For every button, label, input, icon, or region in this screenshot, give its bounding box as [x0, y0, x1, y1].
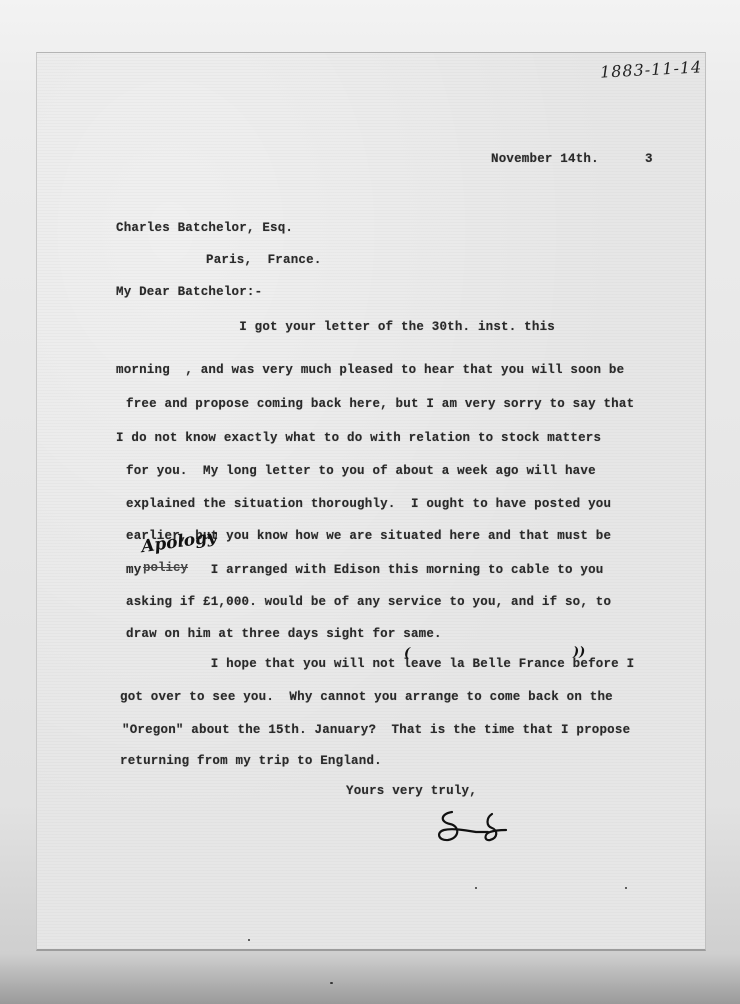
body-line: free and propose coming back here, but I…	[126, 397, 634, 411]
recipient-name: Charles Batchelor, Esq.	[116, 221, 293, 235]
scan-speck	[248, 939, 250, 941]
scan-speck	[625, 887, 627, 889]
scan-speck	[330, 982, 333, 984]
recipient-location: Paris, France.	[206, 253, 322, 267]
body-line: I got your letter of the 30th. inst. thi…	[116, 320, 555, 334]
handwritten-close-mark: ))	[573, 645, 585, 660]
body-line: draw on him at three days sight for same…	[126, 627, 442, 641]
closing: Yours very truly,	[346, 784, 477, 798]
body-line: my I arranged with Edison this morning t…	[126, 563, 603, 577]
body-line: "Oregon" about the 15th. January? That i…	[122, 723, 630, 737]
handwritten-open-mark: (	[404, 646, 410, 661]
letter-date: November 14th.	[491, 152, 599, 166]
salutation: My Dear Batchelor:-	[116, 285, 262, 299]
body-line: got over to see you. Why cannot you arra…	[120, 690, 613, 704]
body-line: returning from my trip to England.	[120, 754, 382, 768]
scan-speck	[475, 887, 477, 889]
page-number: 3	[645, 152, 653, 166]
signature-icon	[430, 808, 510, 844]
body-line: I do not know exactly what to do with re…	[116, 431, 601, 445]
scanned-document: 1883-11-14 November 14th. 3 Charles Batc…	[0, 0, 740, 1004]
body-line: asking if £1,000. would be of any servic…	[126, 595, 611, 609]
struck-word: policy	[143, 561, 188, 575]
body-line: I hope that you will not leave la Belle …	[126, 657, 634, 671]
body-line: morning , and was very much pleased to h…	[116, 363, 624, 377]
body-line: for you. My long letter to you of about …	[126, 464, 596, 478]
body-line: explained the situation thoroughly. I ou…	[126, 497, 611, 511]
